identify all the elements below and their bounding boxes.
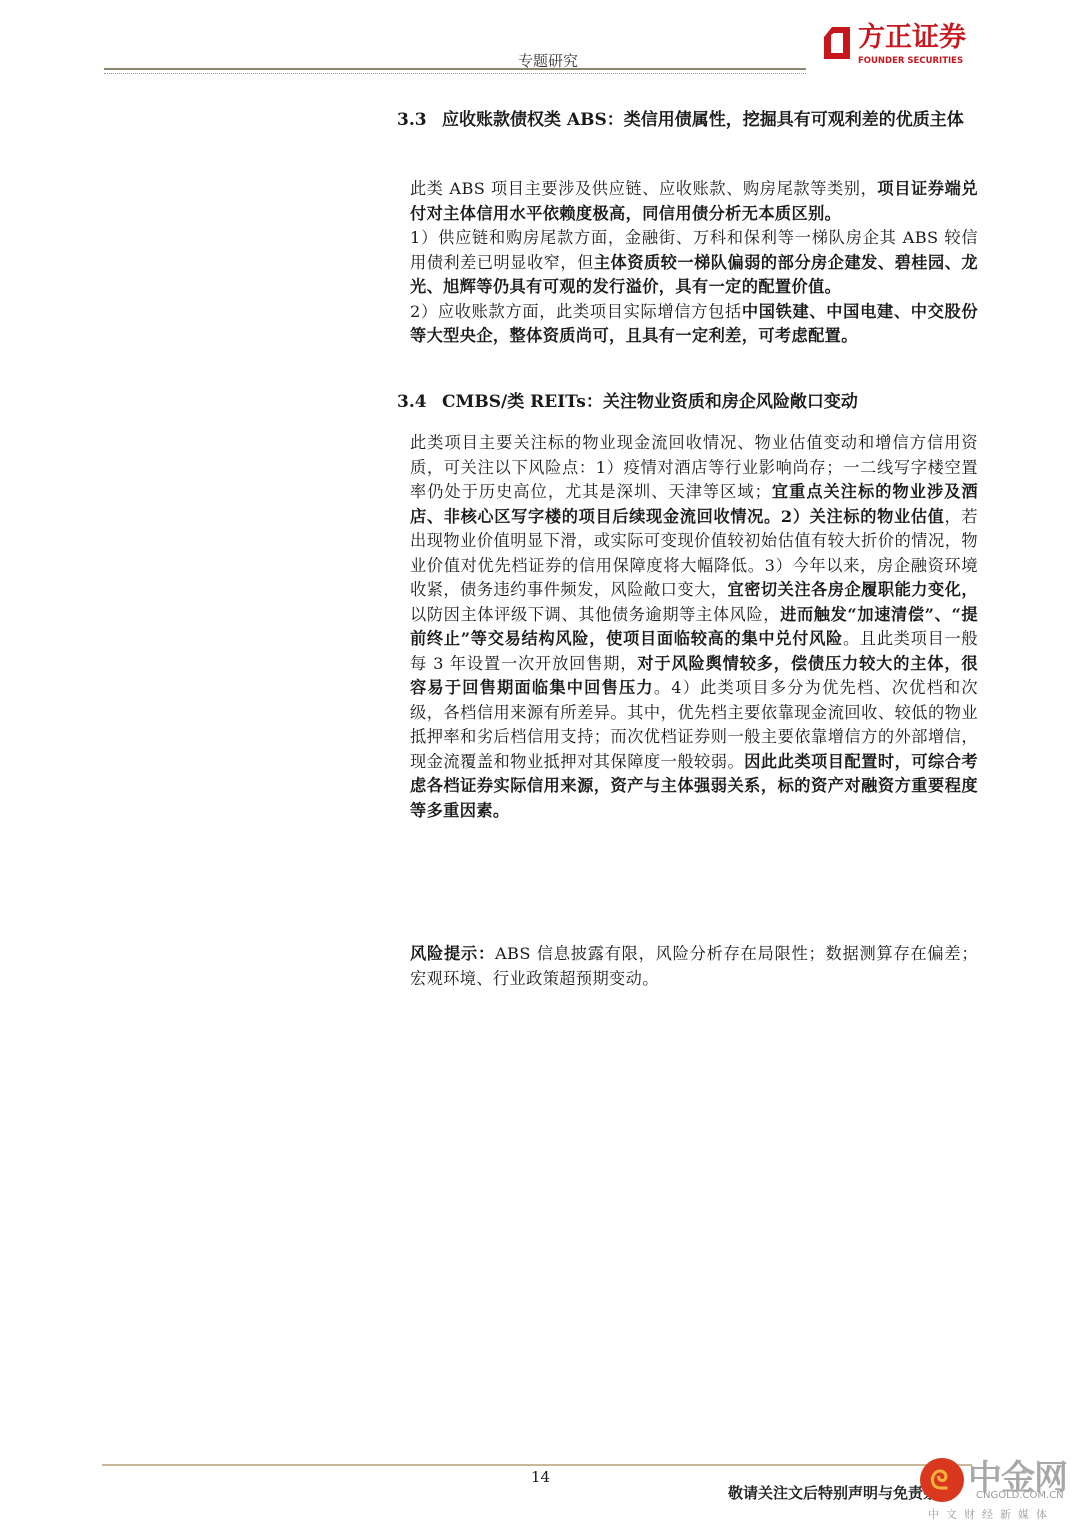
section-3-3-number: 3.3 [397,110,427,130]
page-number: 14 [531,1468,550,1486]
section-3-3-paragraph: 此类 ABS 项目主要涉及供应链、应收账款、购房尾款等类别，项目证券端兑付对主体… [410,177,978,349]
section-3-4-title: CMBS/类 REITs：关注物业资质和房企风险敞口变动 [442,390,982,415]
swirl-icon: ᘓ [930,1466,948,1497]
header-rule [104,68,806,70]
text-run: 此类 ABS 项目主要涉及供应链、应收账款、购房尾款等类别， [410,179,877,198]
logo-en-text: FOUNDER SECURITIES [858,56,963,66]
text-run: 2）应收账款方面，此类项目实际增信方包括 [410,302,742,321]
text-run: 以防因主体评级下调、其他债务逾期等主体风险， [410,605,780,624]
founder-securities-logo: 方正证券 FOUNDER SECURITIES [822,22,982,70]
section-3-3-title: 应收账款债权类 ABS：类信用债属性，挖掘具有可观利差的优质主体 [442,108,982,133]
watermark-en: CNGOLD.COM.CN [976,1490,1064,1501]
risk-text: ABS 信息披露有限，风险分析存在局限性；数据测算存在偏差；宏观环境、行业政策超… [410,944,978,988]
section-3-4-number: 3.4 [397,392,427,412]
risk-warning: 风险提示：ABS 信息披露有限，风险分析存在局限性；数据测算存在偏差；宏观环境、… [410,942,978,991]
text-run-bold: 宜密切关注各房企履职能力变化， [727,580,978,599]
cngold-watermark: ᘓ 中金网 CNGOLD.COM.CN 中文财经新媒体 [920,1450,1080,1527]
section-3-4-paragraph: 此类项目主要关注标的物业现金流回收情况、物业估值变动和增信方信用资质，可关注以下… [410,431,978,823]
logo-mark-icon [822,25,852,61]
risk-label: 风险提示： [410,944,495,963]
logo-cn-text: 方正证券 [858,22,966,54]
footer-rule [102,1464,972,1466]
header-dotted-rule [104,73,806,74]
watermark-sub: 中文财经新媒体 [928,1506,1054,1522]
